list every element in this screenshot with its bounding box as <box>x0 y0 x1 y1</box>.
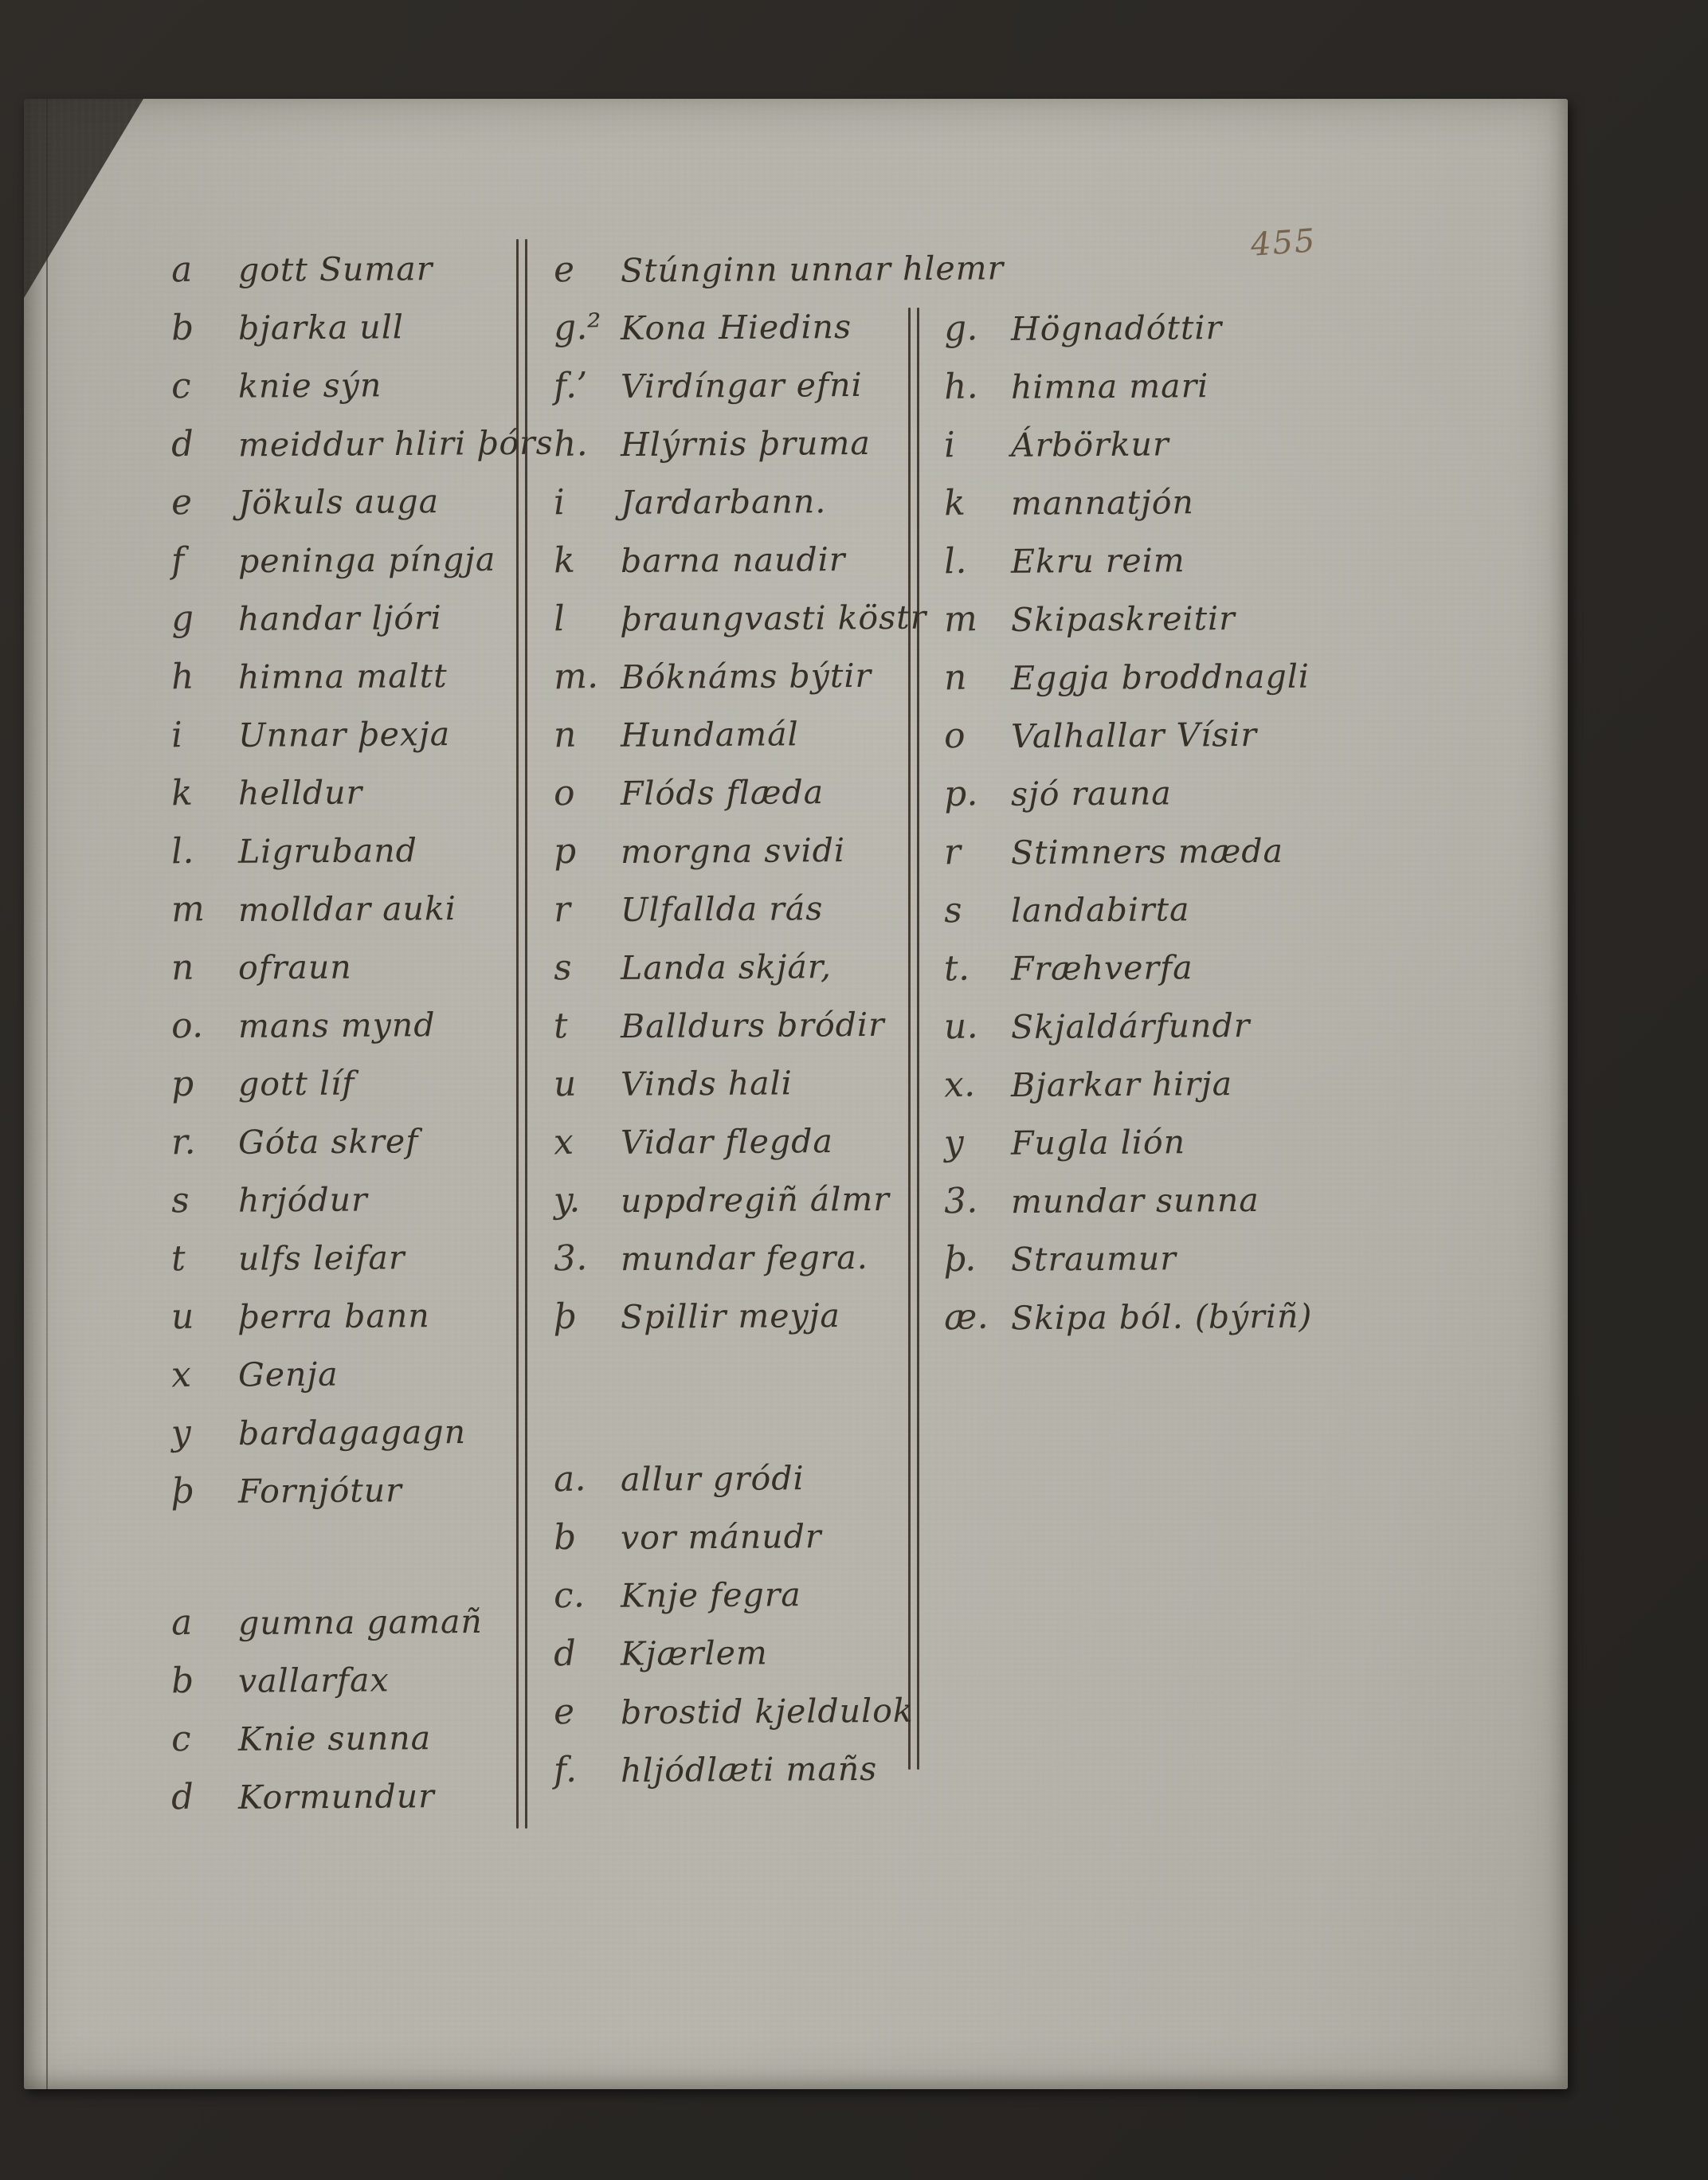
entry-letter: t <box>170 1237 239 1280</box>
glossary-entry: c.Knje fegra <box>554 1574 914 1633</box>
entry-letter: n <box>553 713 621 756</box>
glossary-entry: þSpillir meyja <box>554 1296 1004 1354</box>
entry-phrase: Virdíngar efni <box>621 366 863 406</box>
glossary-entry: eJökuls auga <box>171 481 554 539</box>
entry-letter: a. <box>553 1457 621 1500</box>
glossary-entry: ebrostid kjeldulok <box>554 1691 914 1749</box>
entry-phrase: bjarka ull <box>238 308 404 347</box>
glossary-entry: yFugla lión <box>944 1122 1312 1180</box>
entry-phrase: Skipa ból. (býriñ) <box>1011 1297 1313 1338</box>
glossary-entry: bvallarfax <box>171 1660 483 1718</box>
entry-letter: g.² <box>553 306 621 349</box>
entry-letter: e <box>553 1690 621 1733</box>
glossary-entry: lþraungvasti köstr <box>554 598 1004 656</box>
entry-letter: n <box>170 946 239 989</box>
glossary-entry: tulfs leifar <box>171 1237 554 1296</box>
entry-phrase: Eggja broddnagli <box>1011 657 1310 698</box>
column-1-group-1: agott Sumarbbjarka ullcknie sýndmeiddur … <box>171 249 554 1528</box>
entry-phrase: mannatjón <box>1011 483 1194 523</box>
glossary-entry: iJardarbann. <box>554 481 1004 539</box>
entry-phrase: Fugla lión <box>1011 1123 1185 1163</box>
entry-letter: 3. <box>943 1179 1012 1222</box>
entry-letter: p <box>170 1062 239 1105</box>
glossary-entry: nofraun <box>171 947 554 1005</box>
glossary-entry: slandabirta <box>944 889 1312 947</box>
entry-phrase: Skipaskreitir <box>1011 599 1236 639</box>
glossary-entry: tBalldurs bródir <box>554 1005 1004 1063</box>
glossary-entry: sLanda skjár, <box>554 947 1004 1005</box>
entry-letter: u <box>170 1295 239 1338</box>
entry-letter: g <box>170 597 239 640</box>
entry-letter: þ <box>170 1469 239 1512</box>
entry-phrase: gott Sumar <box>238 249 433 289</box>
glossary-entry: pmorgna svidi <box>554 830 1004 888</box>
entry-letter: r <box>553 888 621 931</box>
top-left-corner-shadow <box>24 99 143 298</box>
entry-letter: r <box>943 830 1012 873</box>
entry-letter: p <box>553 829 621 872</box>
entry-phrase: Flóds flæda <box>621 773 824 813</box>
glossary-entry: h.Hlýrnis þruma <box>554 423 1004 481</box>
entry-letter: d <box>553 1632 621 1675</box>
entry-letter: o. <box>170 1004 239 1047</box>
entry-phrase: peninga píngja <box>238 540 496 580</box>
glossary-entry: oValhallar Vísir <box>944 715 1312 773</box>
column-1-group-2: agumna gamañbvallarfaxcKnie sunnadKormun… <box>171 1602 483 1834</box>
entry-letter: s <box>553 946 621 989</box>
glossary-entry: a.allur gródi <box>554 1458 914 1516</box>
glossary-entry: agott Sumar <box>171 249 554 307</box>
entry-letter: f. <box>553 1748 621 1791</box>
entry-letter: f.’ <box>553 364 621 407</box>
page-number: 455 <box>1249 222 1317 264</box>
entry-phrase: landabirta <box>1011 890 1190 930</box>
entry-letter: s <box>943 888 1012 931</box>
entry-phrase: Jardarbann. <box>621 482 827 522</box>
glossary-entry: p.sjó rauna <box>944 773 1312 831</box>
entry-letter: 3. <box>553 1237 621 1280</box>
entry-phrase: Fræhverfa <box>1011 948 1193 988</box>
entry-phrase: allur gródi <box>621 1459 805 1499</box>
manuscript-page: 455 agott Sumarbbjarka ullcknie sýndmeid… <box>24 99 1568 2089</box>
glossary-entry: iÁrbörkur <box>944 424 1312 482</box>
glossary-entry: kmannatjón <box>944 482 1312 540</box>
glossary-entry: agumna gamañ <box>171 1602 483 1660</box>
entry-letter: s <box>170 1178 239 1221</box>
glossary-entry: ghandar ljóri <box>171 598 554 656</box>
glossary-entry: mSkipaskreitir <box>944 598 1312 657</box>
entry-letter: b <box>553 1515 621 1559</box>
entry-phrase: meiddur hliri þórs <box>238 424 554 465</box>
entry-phrase: helldur <box>238 773 362 812</box>
glossary-entry: mmolldar auki <box>171 888 554 947</box>
entry-letter: n <box>943 656 1012 699</box>
entry-phrase: mundar sunna <box>1011 1181 1259 1221</box>
entry-letter: æ. <box>943 1296 1012 1339</box>
entry-phrase: hrjódur <box>238 1180 368 1219</box>
glossary-entry: æ.Skipa ból. (býriñ) <box>944 1296 1312 1355</box>
entry-letter: i <box>943 423 1012 466</box>
entry-letter: c <box>170 364 239 407</box>
entry-letter: r. <box>170 1120 239 1163</box>
entry-phrase: handar ljóri <box>238 598 442 638</box>
entry-letter: x <box>553 1120 621 1163</box>
entry-phrase: Bóknáms býtir <box>621 657 872 696</box>
glossary-entry: shrjódur <box>171 1179 554 1237</box>
glossary-entry: 3.mundar fegra. <box>554 1237 1004 1296</box>
glossary-entry: nHundamál <box>554 714 1004 772</box>
entry-phrase: Valhallar Vísir <box>1011 716 1257 755</box>
entry-letter: h <box>170 655 239 698</box>
entry-letter: l <box>553 597 621 640</box>
glossary-entry: nEggja broddnagli <box>944 657 1312 715</box>
entry-phrase: Fornjótur <box>238 1471 402 1510</box>
glossary-entry: eStúnginn unnar hlemr <box>554 249 1004 307</box>
glossary-entry: l.Ligruband <box>171 830 554 888</box>
glossary-entry: u.Skjaldárfundr <box>944 1006 1312 1064</box>
entry-letter: d <box>170 422 239 465</box>
entry-phrase: Ekru reim <box>1011 541 1185 581</box>
entry-phrase: Ligruband <box>238 831 417 871</box>
glossary-entry: xVidar flegda <box>554 1121 1004 1179</box>
entry-letter: u. <box>943 1005 1012 1048</box>
entry-letter: h. <box>553 422 621 465</box>
entry-letter: t. <box>943 947 1012 990</box>
entry-letter: f <box>170 539 239 582</box>
glossary-entry: bvor mánudr <box>554 1516 914 1574</box>
glossary-entry: 3.mundar sunna <box>944 1180 1312 1238</box>
glossary-entry: þ.Straumur <box>944 1238 1312 1296</box>
entry-phrase: mundar fegra. <box>621 1238 868 1278</box>
entry-phrase: bardagagagn <box>238 1413 466 1453</box>
entry-phrase: ofraun <box>238 948 352 987</box>
entry-phrase: Stúnginn unnar hlemr <box>621 249 1004 289</box>
entry-letter: b <box>170 306 239 349</box>
glossary-entry: rStimners mæda <box>944 831 1312 889</box>
entry-letter: o <box>943 714 1012 757</box>
entry-phrase: vor mánudr <box>621 1517 822 1557</box>
entry-phrase: vallarfax <box>238 1660 390 1700</box>
column-2-group-2: a.allur gródibvor mánudrc.Knje fegradKjæ… <box>554 1458 914 1807</box>
entry-phrase: knie sýn <box>238 366 382 405</box>
glossary-entry: m.Bóknáms býtir <box>554 656 1004 714</box>
entry-phrase: gott líf <box>238 1064 355 1103</box>
entry-letter: e <box>170 480 239 523</box>
entry-letter: h. <box>943 365 1012 408</box>
entry-letter: i <box>170 713 239 756</box>
glossary-entry: pgott líf <box>171 1063 554 1121</box>
entry-phrase: hljódlæti mañs <box>621 1750 878 1790</box>
entry-letter: a <box>170 248 239 291</box>
glossary-entry: þFornjótur <box>171 1470 554 1528</box>
glossary-entry: x.Bjarkar hirja <box>944 1064 1312 1122</box>
entry-phrase: Straumur <box>1011 1239 1177 1278</box>
entry-letter: p. <box>943 772 1012 815</box>
entry-letter: þ. <box>943 1237 1012 1280</box>
entry-phrase: Balldurs bródir <box>621 1006 885 1045</box>
entry-letter: d <box>170 1775 239 1818</box>
entry-phrase: Kjærlem <box>621 1633 768 1672</box>
entry-letter: i <box>553 480 621 523</box>
glossary-entry: f.hljódlæti mañs <box>554 1749 914 1807</box>
glossary-entry: dKjærlem <box>554 1633 914 1691</box>
entry-letter: y. <box>553 1178 621 1221</box>
entry-letter: l. <box>943 539 1012 582</box>
glossary-entry: xGenja <box>171 1354 554 1412</box>
glossary-entry: rUlfallda rás <box>554 888 1004 947</box>
entry-phrase: brostid kjeldulok <box>621 1692 914 1732</box>
glossary-entry: dKormundur <box>171 1776 483 1834</box>
glossary-entry: uþerra bann <box>171 1296 554 1354</box>
glossary-entry: cknie sýn <box>171 365 554 423</box>
entry-phrase: barna naudir <box>621 540 846 580</box>
entry-phrase: Vinds hali <box>621 1064 793 1104</box>
entry-phrase: himna maltt <box>238 657 448 696</box>
glossary-entry: r.Góta skref <box>171 1121 554 1179</box>
entry-letter: c <box>170 1717 239 1760</box>
entry-letter: k <box>553 539 621 582</box>
entry-phrase: Jökuls auga <box>238 482 439 522</box>
entry-phrase: gumna gamañ <box>238 1602 483 1642</box>
entry-phrase: Vidar flegda <box>621 1122 833 1162</box>
column-2-group-1: eStúnginn unnar hlemrg.²Kona Hiedinsf.’V… <box>554 249 1004 1354</box>
entry-letter: o <box>553 771 621 814</box>
entry-letter: x <box>170 1353 239 1396</box>
entry-letter: x. <box>943 1063 1012 1106</box>
entry-phrase: Skjaldárfundr <box>1011 1006 1251 1046</box>
glossary-entry: dmeiddur hliri þórs <box>171 423 554 481</box>
gutter-shading <box>24 99 46 2089</box>
glossary-entry: khelldur <box>171 772 554 830</box>
entry-phrase: Bjarkar hirja <box>1011 1065 1232 1104</box>
glossary-entry: t.Fræhverfa <box>944 947 1312 1006</box>
entry-phrase: Landa skjár, <box>621 947 832 987</box>
entry-letter: k <box>943 481 1012 524</box>
entry-letter: c. <box>553 1574 621 1617</box>
entry-phrase: þraungvasti köstr <box>621 598 927 639</box>
entry-phrase: Spillir meyja <box>621 1296 840 1336</box>
entry-letter: þ <box>553 1295 621 1338</box>
glossary-entry: kbarna naudir <box>554 539 1004 598</box>
entry-phrase: morgna svidi <box>621 831 845 871</box>
entry-phrase: þerra bann <box>238 1296 430 1336</box>
entry-phrase: Genja <box>238 1355 339 1394</box>
entry-phrase: Hundamál <box>621 715 799 755</box>
gutter-crease-line <box>46 99 48 2089</box>
glossary-entry: y.uppdregiñ álmr <box>554 1179 1004 1237</box>
entry-phrase: Unnar þexja <box>238 715 451 755</box>
glossary-entry: g.²Kona Hiedins <box>554 307 1004 365</box>
entry-phrase: uppdregiñ álmr <box>621 1180 890 1220</box>
glossary-entry: g.Högnadóttir <box>944 308 1312 366</box>
entry-letter: m <box>943 598 1012 641</box>
entry-letter: g. <box>943 307 1012 350</box>
glossary-entry: o.mans mynd <box>171 1005 554 1063</box>
glossary-entry: bbjarka ull <box>171 307 554 365</box>
entry-phrase: himna mari <box>1011 367 1209 406</box>
entry-letter: e <box>553 248 621 291</box>
glossary-entry: h.himna mari <box>944 366 1312 424</box>
entry-phrase: ulfs leifar <box>238 1238 405 1277</box>
entry-phrase: Stimners mæda <box>1011 832 1283 872</box>
entry-phrase: sjó rauna <box>1011 774 1172 813</box>
glossary-entry: f.’Virdíngar efni <box>554 365 1004 423</box>
glossary-entry: fpeninga píngja <box>171 539 554 598</box>
entry-letter: t <box>553 1004 621 1047</box>
entry-phrase: Kona Hiedins <box>621 308 852 347</box>
glossary-entry: hhimna maltt <box>171 656 554 714</box>
column-3-group-1: g.Högnadóttirh.himna mariiÁrbörkurkmanna… <box>944 308 1312 1355</box>
entry-phrase: molldar auki <box>238 889 456 929</box>
entry-phrase: Árbörkur <box>1011 425 1169 464</box>
entry-letter: y <box>170 1411 239 1454</box>
entry-letter: y <box>943 1121 1012 1164</box>
entry-phrase: Hlýrnis þruma <box>621 424 871 464</box>
glossary-entry: ybardagagagn <box>171 1412 554 1470</box>
entry-phrase: Ulfallda rás <box>621 889 824 929</box>
entry-letter: a <box>170 1601 239 1644</box>
entry-phrase: Góta skref <box>238 1122 419 1162</box>
entry-letter: b <box>170 1659 239 1702</box>
glossary-entry: uVinds hali <box>554 1063 1004 1121</box>
glossary-entry: iUnnar þexja <box>171 714 554 772</box>
entry-letter: k <box>170 771 239 814</box>
entry-phrase: Knje fegra <box>621 1575 801 1615</box>
glossary-entry: oFlóds flæda <box>554 772 1004 830</box>
glossary-entry: l.Ekru reim <box>944 540 1312 598</box>
entry-phrase: Knie sunna <box>238 1719 431 1759</box>
entry-letter: u <box>553 1062 621 1105</box>
entry-phrase: mans mynd <box>238 1006 436 1045</box>
entry-letter: m <box>170 888 239 931</box>
entry-letter: l. <box>170 829 239 872</box>
glossary-entry: cKnie sunna <box>171 1718 483 1776</box>
entry-phrase: Högnadóttir <box>1011 308 1222 348</box>
entry-letter: m. <box>553 655 621 698</box>
manuscript-scan: { "page": { "number": "455", "descriptio… <box>0 0 1708 2180</box>
entry-phrase: Kormundur <box>238 1777 435 1817</box>
